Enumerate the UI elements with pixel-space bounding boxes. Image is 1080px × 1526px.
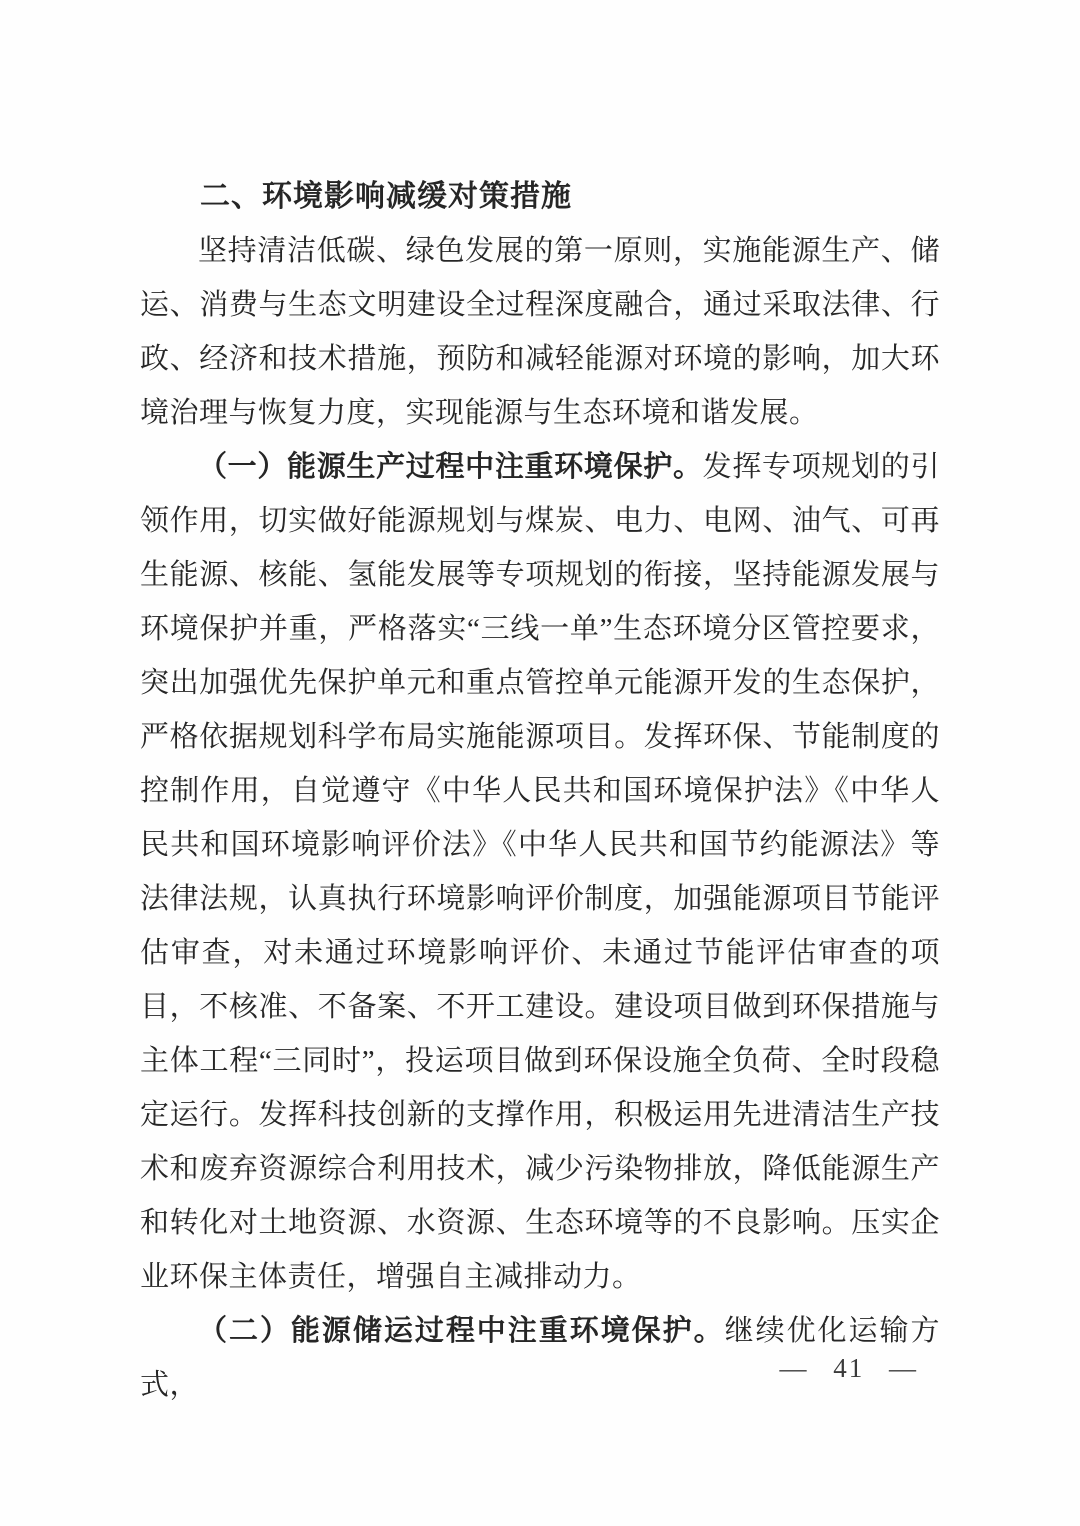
paragraph-lead: （二）能源储运过程中注重环境保护。 xyxy=(198,1315,725,1347)
paragraph: 坚持清洁低碳、绿色发展的第一原则，实施能源生产、储运、消费与生态文明建设全过程深… xyxy=(140,224,940,440)
paragraph-list: 坚持清洁低碳、绿色发展的第一原则，实施能源生产、储运、消费与生态文明建设全过程深… xyxy=(140,224,940,1412)
paragraph: （一）能源生产过程中注重环境保护。发挥专项规划的引领作用，切实做好能源规划与煤炭… xyxy=(140,440,940,1304)
page-number: — 41 — xyxy=(780,1352,919,1384)
document-page: 二、环境影响减缓对策措施 坚持清洁低碳、绿色发展的第一原则，实施能源生产、储运、… xyxy=(0,0,1080,1526)
document-body: 二、环境影响减缓对策措施 坚持清洁低碳、绿色发展的第一原则，实施能源生产、储运、… xyxy=(140,170,940,1412)
section-heading: 二、环境影响减缓对策措施 xyxy=(140,170,940,224)
paragraph-lead: （一）能源生产过程中注重环境保护。 xyxy=(198,451,703,483)
paragraph-text: 坚持清洁低碳、绿色发展的第一原则，实施能源生产、储运、消费与生态文明建设全过程深… xyxy=(140,235,940,429)
paragraph-text: 发挥专项规划的引领作用，切实做好能源规划与煤炭、电力、电网、油气、可再生能源、核… xyxy=(140,451,940,1293)
